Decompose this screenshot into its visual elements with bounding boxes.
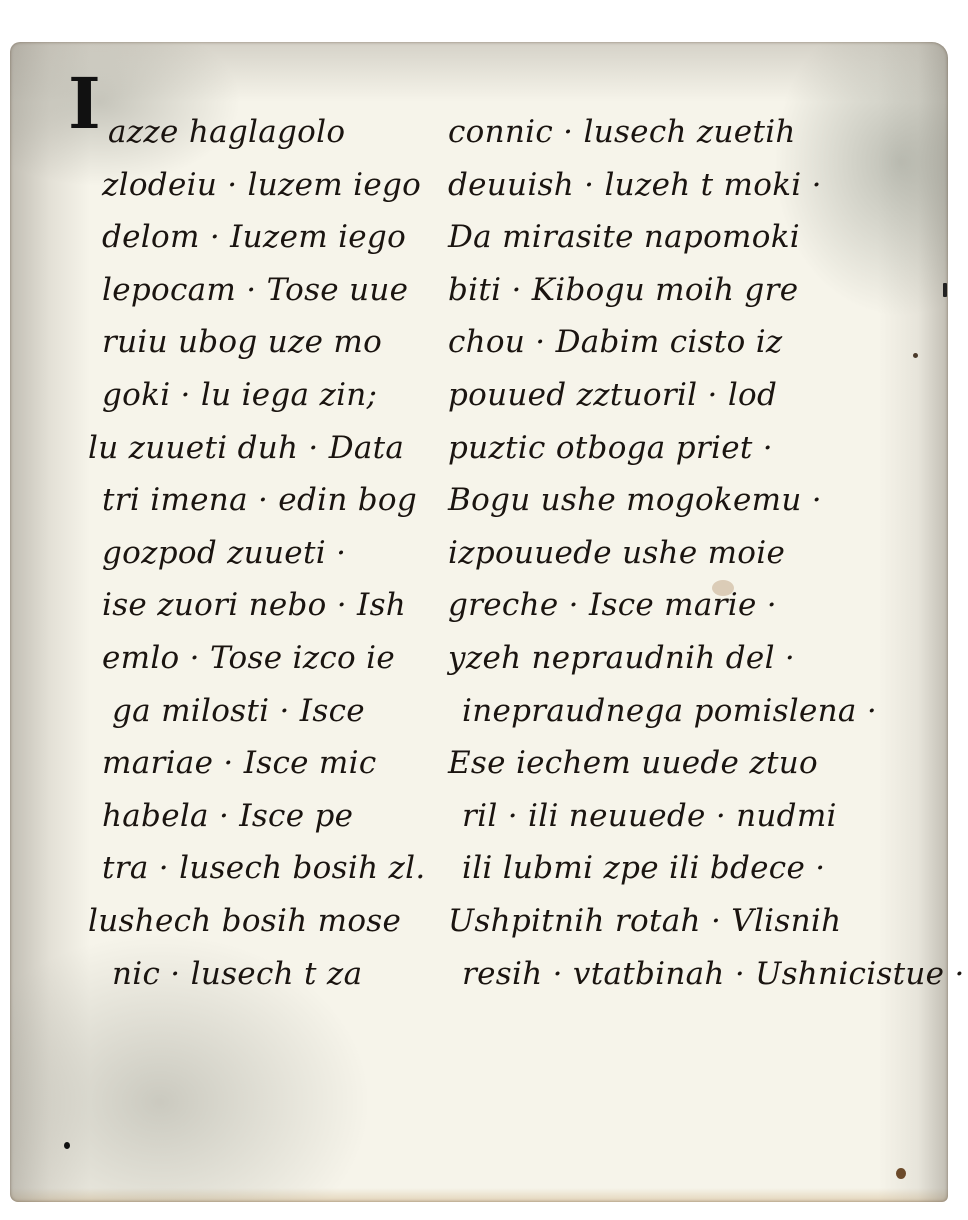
text-line: resih · vtatbinah · Ushnicistue · <box>448 948 938 1001</box>
text-line: ise zuori nebo · Ish <box>88 579 448 632</box>
right-column: connic · lusech zuetih deuuish · luzeh t… <box>448 106 938 1000</box>
text-line: lu zuueti duh · Data <box>88 422 448 475</box>
text-line: ili lubmi zpe ili bdece · <box>448 842 938 895</box>
text-columns: I azze haglagolo zlodeiu · luzem iego de… <box>0 0 968 1220</box>
text-line: tra · lusech bosih zl. <box>88 842 448 895</box>
text-line: izpouuede ushe moie <box>448 527 938 580</box>
text-line: mariae · Isce mic <box>88 737 448 790</box>
text-line: ga milosti · Isce <box>88 685 448 738</box>
text-line: azze haglagolo <box>88 106 448 159</box>
text-line: goki · lu iega zin; <box>88 369 448 422</box>
text-line: Da mirasite napomoki <box>448 211 938 264</box>
text-line: habela · Isce pe <box>88 790 448 843</box>
text-line: zlodeiu · luzem iego <box>88 159 448 212</box>
text-line: connic · lusech zuetih <box>448 106 938 159</box>
text-line: puztic otboga priet · <box>448 422 938 475</box>
text-line: inepraudnega pomislena · <box>448 685 938 738</box>
text-line: delom · Iuzem iego <box>88 211 448 264</box>
text-line: greche · Isce marie · <box>448 579 938 632</box>
text-line: nic · lusech t za <box>88 948 448 1001</box>
text-line: emlo · Tose izco ie <box>88 632 448 685</box>
text-line: pouued zztuoril · lod <box>448 369 938 422</box>
left-column: azze haglagolo zlodeiu · luzem iego delo… <box>88 106 448 1000</box>
text-line: lepocam · Tose uue <box>88 264 448 317</box>
text-line: Ushpitnih rotah · Vlisnih <box>448 895 938 948</box>
text-line: deuuish · luzeh t moki · <box>448 159 938 212</box>
text-line: ruiu ubog uze mo <box>88 316 448 369</box>
text-line: Ese iechem uuede ztuo <box>448 737 938 790</box>
text-line: Bogu ushe mogokemu · <box>448 474 938 527</box>
text-line: yzeh nepraudnih del · <box>448 632 938 685</box>
text-line: ril · ili neuuede · nudmi <box>448 790 938 843</box>
text-line: lushech bosih mose <box>88 895 448 948</box>
text-line: tri imena · edin bog <box>88 474 448 527</box>
text-line: gozpod zuueti · <box>88 527 448 580</box>
text-line: biti · Kibogu moih gre <box>448 264 938 317</box>
text-line: chou · Dabim cisto iz <box>448 316 938 369</box>
